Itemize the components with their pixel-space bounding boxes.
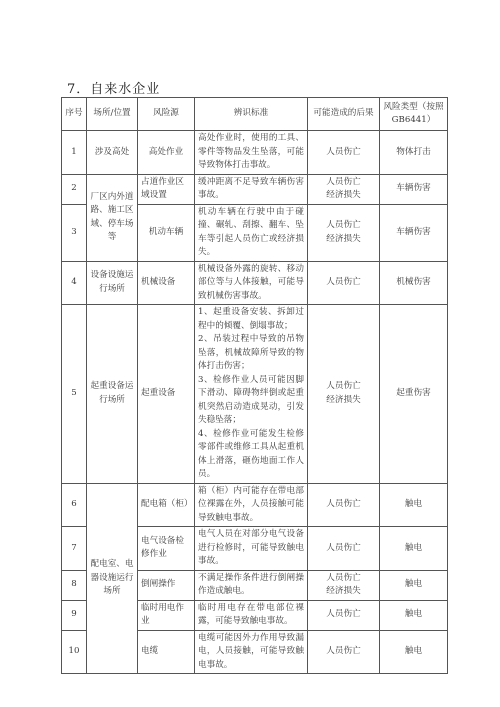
cell-place: 起重设备运行场所 bbox=[87, 305, 138, 484]
cell-type: 触电 bbox=[380, 630, 448, 674]
cell-source: 占道作业区域设置 bbox=[138, 174, 195, 204]
header-criteria: 辨识标准 bbox=[195, 98, 308, 131]
table-row: 6 配电室、电器设施运行场所 配电箱（柜） 箱（柜）内可能存在带电部位裸露在外，… bbox=[62, 483, 448, 527]
consequence-line: 经济损失 bbox=[311, 189, 376, 203]
cell-source: 机动车辆 bbox=[138, 204, 195, 261]
consequence-line: 人员伤亡 bbox=[311, 176, 376, 190]
cell-criteria: 1、起重设备安装、拆卸过程中的倾覆、倒塌事故； 2、吊装过程中导致的吊物坠落，机… bbox=[195, 305, 308, 484]
cell-no: 8 bbox=[62, 570, 87, 600]
cell-type: 物体打击 bbox=[380, 131, 448, 175]
cell-criteria: 不满足操作条件进行倒闸操作造成触电。 bbox=[195, 570, 308, 600]
cell-criteria: 高处作业时，使用的工具、零件等物品发生坠落，可能导致物体打击事故。 bbox=[195, 131, 308, 175]
cell-source: 电气设备检修作业 bbox=[138, 527, 195, 571]
cell-source: 临时用电作业 bbox=[138, 600, 195, 630]
cell-consequence: 人员伤亡 经济损失 bbox=[308, 305, 380, 484]
cell-source: 机械设备 bbox=[138, 261, 195, 305]
cell-source: 起重设备 bbox=[138, 305, 195, 484]
cell-place: 厂区内外道路、施工区域、停车场等 bbox=[87, 174, 138, 261]
criteria-item: 3、检修作业人员可能因脚下滑动、障碍物绊倒或起重机突然启动造成晃动，引发失稳坠落… bbox=[198, 374, 304, 428]
cell-type: 车辆伤害 bbox=[380, 204, 448, 261]
criteria-item: 2、吊装过程中导致的吊物坠落，机械故障所导致的物体打击伤害； bbox=[198, 333, 304, 374]
cell-consequence: 人员伤亡 bbox=[308, 600, 380, 630]
cell-place: 涉及高处 bbox=[87, 131, 138, 175]
table-row: 2 厂区内外道路、施工区域、停车场等 占道作业区域设置 缓冲距离不足导致车辆伤害… bbox=[62, 174, 448, 204]
cell-no: 1 bbox=[62, 131, 87, 175]
cell-consequence: 人员伤亡 bbox=[308, 261, 380, 305]
cell-criteria: 箱（柜）内可能存在带电部位裸露在外，人员接触可能导致触电事故。 bbox=[195, 483, 308, 527]
cell-criteria: 缓冲距离不足导致车辆伤害事故。 bbox=[195, 174, 308, 204]
consequence-line: 人员伤亡 bbox=[311, 572, 376, 586]
cell-place: 设备设施运行场所 bbox=[87, 261, 138, 305]
cell-type: 触电 bbox=[380, 570, 448, 600]
cell-type: 车辆伤害 bbox=[380, 174, 448, 204]
cell-source: 电缆 bbox=[138, 630, 195, 674]
cell-no: 5 bbox=[62, 305, 87, 484]
risk-table: 序号 场所/位置 风险源 辨识标准 可能造成的后果 风险类型（按照GB6441）… bbox=[61, 97, 448, 674]
cell-criteria: 电缆可能因外力作用导致漏电，人员接触，可能导致触电事故。 bbox=[195, 630, 308, 674]
table-row: 5 起重设备运行场所 起重设备 1、起重设备安装、拆卸过程中的倾覆、倒塌事故； … bbox=[62, 305, 448, 484]
cell-source: 配电箱（柜） bbox=[138, 483, 195, 527]
cell-consequence: 人员伤亡 经济损失 bbox=[308, 204, 380, 261]
cell-criteria: 机动车辆在行驶中由于碰撞、碾轧、刮擦、翻车、坠车等引起人员伤亡或经济损失。 bbox=[195, 204, 308, 261]
consequence-line: 人员伤亡 bbox=[311, 219, 376, 233]
cell-type: 起重伤害 bbox=[380, 305, 448, 484]
cell-consequence: 人员伤亡 bbox=[308, 527, 380, 571]
cell-criteria: 电气人员在对部分电气设备进行检修时，可能导致触电事故。 bbox=[195, 527, 308, 571]
table-row: 1 涉及高处 高处作业 高处作业时，使用的工具、零件等物品发生坠落，可能导致物体… bbox=[62, 131, 448, 175]
cell-no: 10 bbox=[62, 630, 87, 674]
header-place: 场所/位置 bbox=[87, 98, 138, 131]
cell-source: 倒闸操作 bbox=[138, 570, 195, 600]
cell-place: 配电室、电器设施运行场所 bbox=[87, 483, 138, 674]
cell-no: 4 bbox=[62, 261, 87, 305]
cell-type: 机械伤害 bbox=[380, 261, 448, 305]
consequence-line: 经济损失 bbox=[311, 394, 376, 408]
header-source: 风险源 bbox=[138, 98, 195, 131]
cell-criteria: 临时用电存在带电部位裸露，可能导致触电事故。 bbox=[195, 600, 308, 630]
cell-no: 2 bbox=[62, 174, 87, 204]
cell-consequence: 人员伤亡 经济损失 bbox=[308, 174, 380, 204]
cell-consequence: 人员伤亡 经济损失 bbox=[308, 570, 380, 600]
cell-type: 触电 bbox=[380, 527, 448, 571]
cell-criteria: 机械设备外露的旋转、移动部位等与人体接触，可能导致机械伤害事故。 bbox=[195, 261, 308, 305]
cell-consequence: 人员伤亡 bbox=[308, 630, 380, 674]
table-row: 4 设备设施运行场所 机械设备 机械设备外露的旋转、移动部位等与人体接触，可能导… bbox=[62, 261, 448, 305]
header-no: 序号 bbox=[62, 98, 87, 131]
cell-consequence: 人员伤亡 bbox=[308, 483, 380, 527]
consequence-line: 经济损失 bbox=[311, 233, 376, 247]
cell-type: 触电 bbox=[380, 483, 448, 527]
header-consequence: 可能造成的后果 bbox=[308, 98, 380, 131]
cell-type: 触电 bbox=[380, 600, 448, 630]
table-header-row: 序号 场所/位置 风险源 辨识标准 可能造成的后果 风险类型（按照GB6441） bbox=[62, 98, 448, 131]
criteria-item: 1、起重设备安装、拆卸过程中的倾覆、倒塌事故； bbox=[198, 306, 304, 333]
consequence-line: 经济损失 bbox=[311, 585, 376, 599]
cell-source: 高处作业 bbox=[138, 131, 195, 175]
header-type: 风险类型（按照GB6441） bbox=[380, 98, 448, 131]
cell-no: 7 bbox=[62, 527, 87, 571]
cell-no: 6 bbox=[62, 483, 87, 527]
section-title: 7．自来水企业 bbox=[67, 78, 160, 97]
criteria-item: 4、检修作业可能发生检修零部件或维修工具从起重机体上滑落，砸伤地面工作人员。 bbox=[198, 428, 304, 482]
cell-consequence: 人员伤亡 bbox=[308, 131, 380, 175]
cell-no: 9 bbox=[62, 600, 87, 630]
consequence-line: 人员伤亡 bbox=[311, 380, 376, 394]
cell-no: 3 bbox=[62, 204, 87, 261]
